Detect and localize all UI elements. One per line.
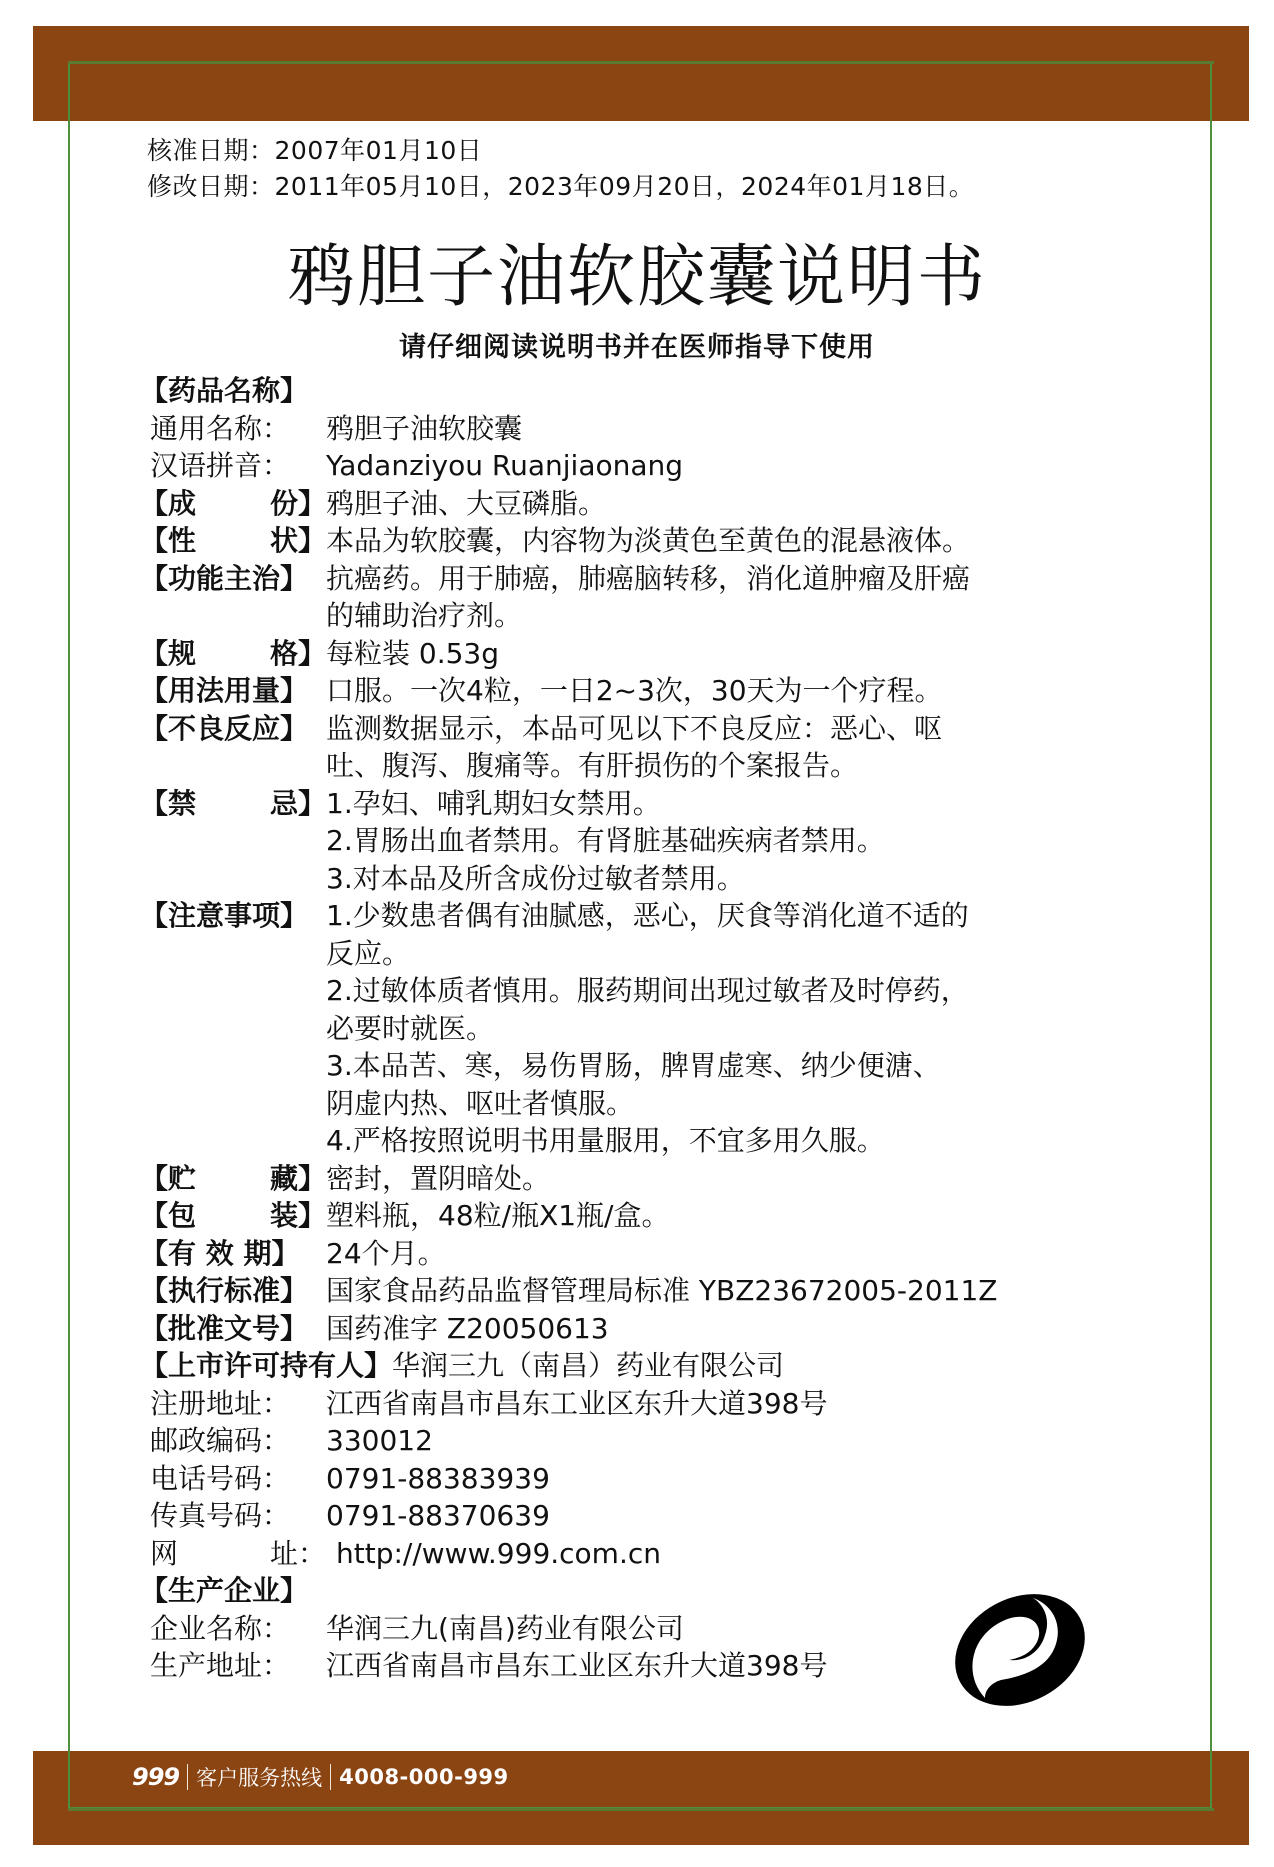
label-right: 忌】 [270,785,326,823]
website-label: 网址： [140,1535,336,1573]
text-line: 4.严格按照说明书用量服用，不宜多用久服。 [326,1122,1100,1160]
phone-row: 电话号码： 0791-88383939 [140,1460,1100,1498]
description-label: 【性状】 [140,522,326,560]
shelf-life-value: 24个月。 [326,1235,1100,1273]
approval-date: 2007年01月10日 [275,136,483,165]
dosage-label: 【用法用量】 [140,672,326,710]
label-right: 格】 [270,635,326,673]
frame-bottom-edge [68,1808,1214,1811]
generic-name-label: 通用名称： [140,410,326,448]
license-holder-label: 【上市许可持有人】 [140,1347,392,1385]
adverse-reactions-row: 【不良反应】 监测数据显示，本品可见以下不良反应：恶心、呕 吐、腹泻、腹痛等。有… [140,710,1100,785]
text-line: 1.少数患者偶有油腻感，恶心，厌食等消化道不适的 [326,897,1100,935]
label-left: 网 [150,1535,178,1573]
text-line: 吐、腹泻、腹痛等。有肝损伤的个案报告。 [326,747,1100,785]
label-left: 【成 [140,485,196,523]
drug-name-section-heading: 【药品名称】 [140,372,1100,410]
document-subtitle: 请仔细阅读说明书并在医师指导下使用 [0,330,1274,366]
license-holder-row: 【上市许可持有人】 华润三九（南昌）药业有限公司 [140,1347,1100,1385]
shelf-life-row: 【有 效 期】 24个月。 [140,1235,1100,1273]
approval-number-value: 国药准字 Z20050613 [326,1310,1100,1348]
phone-value: 0791-88383939 [326,1460,1100,1498]
revision-date-label: 修改日期： [147,172,275,201]
indications-label: 【功能主治】 [140,560,326,598]
label-right: 份】 [270,485,326,523]
label-right: 装】 [270,1197,326,1235]
registered-address-value: 江西省南昌市昌东工业区东升大道398号 [326,1385,1100,1423]
text-line: 必要时就医。 [326,1010,1100,1048]
text-line: 2.过敏体质者慎用。服药期间出现过敏者及时停药， [326,972,1100,1010]
section-label: 【生产企业】 [140,1572,308,1610]
postcode-label: 邮政编码： [140,1422,326,1460]
footer-divider [330,1764,331,1790]
pinyin-label: 汉语拼音： [140,447,326,485]
pinyin-row: 汉语拼音： Yadanziyou Ruanjiaonang [140,447,1100,485]
ingredients-value: 鸦胆子油、大豆磷脂。 [326,485,1100,523]
registered-address-row: 注册地址： 江西省南昌市昌东工业区东升大道398号 [140,1385,1100,1423]
document-title: 鸦胆子油软胶囊说明书 [0,240,1274,316]
postcode-value: 330012 [326,1422,1100,1460]
indications-value: 抗癌药。用于肺癌，肺癌脑转移，消化道肿瘤及肝癌 的辅助治疗剂。 [326,560,1100,635]
label-right: 址： [270,1535,326,1573]
ingredients-label: 【成份】 [140,485,326,523]
frame-top-edge [68,61,1214,64]
packaging-row: 【包装】 塑料瓶，48粒/瓶X1瓶/盒。 [140,1197,1100,1235]
website-row: 网址： http://www.999.com.cn [140,1535,1100,1573]
text-line: 3.对本品及所含成份过敏者禁用。 [326,860,1100,898]
contraindications-row: 【禁忌】 1.孕妇、哺乳期妇女禁用。 2.胃肠出血者禁用。有肾脏基础疾病者禁用。… [140,785,1100,898]
adverse-reactions-value: 监测数据显示，本品可见以下不良反应：恶心、呕 吐、腹泻、腹痛等。有肝损伤的个案报… [326,710,1100,785]
pinyin-value: Yadanziyou Ruanjiaonang [326,447,1100,485]
postcode-row: 邮政编码： 330012 [140,1422,1100,1460]
shelf-life-label: 【有 效 期】 [140,1235,326,1273]
footer-hotline-bar: 999 客户服务热线 4008-000-999 [132,1757,509,1797]
standard-row: 【执行标准】 国家食品药品监督管理局标准 YBZ23672005-2011Z [140,1272,1100,1310]
license-holder-name: 华润三九（南昌）药业有限公司 [392,1347,1100,1385]
approval-date-line: 核准日期：2007年01月10日 [147,133,974,169]
fax-row: 传真号码： 0791-88370639 [140,1497,1100,1535]
footer-brand: 999 [132,1763,179,1791]
text-line: 1.孕妇、哺乳期妇女禁用。 [326,785,1100,823]
text-line: 抗癌药。用于肺癌，肺癌脑转移，消化道肿瘤及肝癌 [326,560,1100,598]
dosage-row: 【用法用量】 口服。一次4粒，一日2~3次，30天为一个疗程。 [140,672,1100,710]
hotline-label: 客户服务热线 [196,1762,322,1792]
label-right: 状】 [270,522,326,560]
fax-value: 0791-88370639 [326,1497,1100,1535]
approval-date-label: 核准日期： [147,136,275,165]
adverse-reactions-label: 【不良反应】 [140,710,326,748]
specification-value: 每粒装 0.53g [326,635,1100,673]
precautions-value: 1.少数患者偶有油腻感，恶心，厌食等消化道不适的 反应。 2.过敏体质者慎用。服… [326,897,1100,1160]
storage-value: 密封，置阴暗处。 [326,1160,1100,1198]
text-line: 3.本品苦、寒，易伤胃肠，脾胃虚寒、纳少便溏、 [326,1047,1100,1085]
precautions-row: 【注意事项】 1.少数患者偶有油腻感，恶心，厌食等消化道不适的 反应。 2.过敏… [140,897,1100,1160]
packaging-label: 【包装】 [140,1197,326,1235]
phone-label: 电话号码： [140,1460,326,1498]
fax-label: 传真号码： [140,1497,326,1535]
packaging-value: 塑料瓶，48粒/瓶X1瓶/盒。 [326,1197,1100,1235]
label-left: 【禁 [140,785,196,823]
label-left: 【规 [140,635,196,673]
generic-name-value: 鸦胆子油软胶囊 [326,410,1100,448]
registered-address-label: 注册地址： [140,1385,326,1423]
label-left: 【贮 [140,1160,196,1198]
generic-name-row: 通用名称： 鸦胆子油软胶囊 [140,410,1100,448]
standard-value: 国家食品药品监督管理局标准 YBZ23672005-2011Z [326,1272,1100,1310]
specification-label: 【规格】 [140,635,326,673]
hotline-number: 4008-000-999 [339,1765,509,1789]
text-line: 的辅助治疗剂。 [326,597,1100,635]
storage-label: 【贮藏】 [140,1160,326,1198]
label-left: 【包 [140,1197,196,1235]
indications-row: 【功能主治】 抗癌药。用于肺癌，肺癌脑转移，消化道肿瘤及肝癌 的辅助治疗剂。 [140,560,1100,635]
text-line: 监测数据显示，本品可见以下不良反应：恶心、呕 [326,710,1100,748]
label-right: 藏】 [270,1160,326,1198]
manufacturer-name-label: 企业名称： [140,1610,326,1648]
section-label: 【药品名称】 [140,372,308,410]
leaflet-body: 【药品名称】 通用名称： 鸦胆子油软胶囊 汉语拼音： Yadanziyou Ru… [140,372,1100,1685]
revision-date-line: 修改日期：2011年05月10日，2023年09月20日，2024年01月18日… [147,169,974,205]
storage-row: 【贮藏】 密封，置阴暗处。 [140,1160,1100,1198]
approval-number-row: 【批准文号】 国药准字 Z20050613 [140,1310,1100,1348]
approval-number-label: 【批准文号】 [140,1310,326,1348]
999-swirl-logo-icon [945,1580,1095,1720]
text-line: 阴虚内热、呕吐者慎服。 [326,1085,1100,1123]
dosage-value: 口服。一次4粒，一日2~3次，30天为一个疗程。 [326,672,1100,710]
precautions-label: 【注意事项】 [140,897,326,935]
ingredients-row: 【成份】 鸦胆子油、大豆磷脂。 [140,485,1100,523]
standard-label: 【执行标准】 [140,1272,326,1310]
specification-row: 【规格】 每粒装 0.53g [140,635,1100,673]
contraindications-label: 【禁忌】 [140,785,326,823]
text-line: 反应。 [326,935,1100,973]
date-block: 核准日期：2007年01月10日 修改日期：2011年05月10日，2023年0… [147,133,974,205]
text-line: 2.胃肠出血者禁用。有肾脏基础疾病者禁用。 [326,822,1100,860]
footer-divider [187,1764,188,1790]
description-row: 【性状】 本品为软胶囊，内容物为淡黄色至黄色的混悬液体。 [140,522,1100,560]
revision-dates: 2011年05月10日，2023年09月20日，2024年01月18日。 [275,172,975,201]
website-link[interactable]: http://www.999.com.cn [336,1535,1100,1573]
manufacturer-address-label: 生产地址： [140,1647,326,1685]
label-left: 【性 [140,522,196,560]
description-value: 本品为软胶囊，内容物为淡黄色至黄色的混悬液体。 [326,522,1100,560]
contraindications-value: 1.孕妇、哺乳期妇女禁用。 2.胃肠出血者禁用。有肾脏基础疾病者禁用。 3.对本… [326,785,1100,898]
